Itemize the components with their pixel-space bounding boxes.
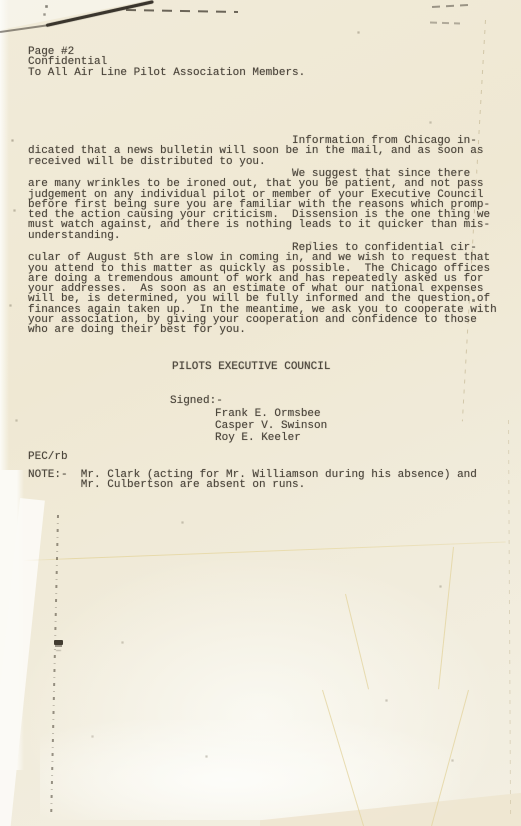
paper-bottom-edge (260, 790, 521, 826)
torn-corner-highlight (0, 0, 150, 30)
paper-left-edge-gap-mid (0, 470, 24, 770)
paper-speckle-dots (0, 0, 1, 1)
top-right-dashes-2 (430, 21, 460, 24)
signatories-list: Frank E. Ormsbee Casper V. Swinson Roy E… (215, 408, 327, 444)
body-paragraph-3: Replies to confidential cir- cular of Au… (28, 243, 497, 336)
scanned-document-page: Page #2 Confidential To All Air Line Pil… (0, 0, 521, 826)
top-right-dashes-1 (432, 4, 468, 8)
fold-crease-right-lower (431, 690, 469, 826)
paper-left-edge-gap-lower (0, 498, 45, 826)
fold-crease-horizontal (24, 541, 506, 561)
paper-left-edge-gap-top (0, 0, 9, 520)
top-edge-dashes (126, 9, 238, 13)
body-paragraph-2: We suggest that since there are many wri… (28, 169, 490, 241)
pencil-mark-diagonal-faint (0, 24, 50, 33)
fold-crease-left-upper (345, 594, 369, 690)
scan-light-area (30, 560, 490, 820)
council-heading: PILOTS EXECUTIVE COUNCIL (172, 362, 330, 372)
ink-smudge (54, 640, 63, 645)
paper-edge-speckles (50, 515, 59, 817)
fold-crease-right-upper (438, 547, 454, 689)
pencil-mark-diagonal (46, 0, 154, 26)
fold-crease-left-lower (322, 690, 364, 826)
reference-code: PEC/rb (28, 452, 68, 462)
scan-light-area-bottom (40, 720, 460, 820)
body-paragraph-1: Information from Chicago in- dicated tha… (28, 136, 483, 167)
crease-right-edge-lower (508, 420, 511, 820)
note-block: NOTE:- Mr. Clark (acting for Mr. William… (28, 470, 477, 491)
signed-label: Signed:- (170, 396, 223, 406)
document-header: Page #2 Confidential To All Air Line Pil… (28, 47, 305, 78)
